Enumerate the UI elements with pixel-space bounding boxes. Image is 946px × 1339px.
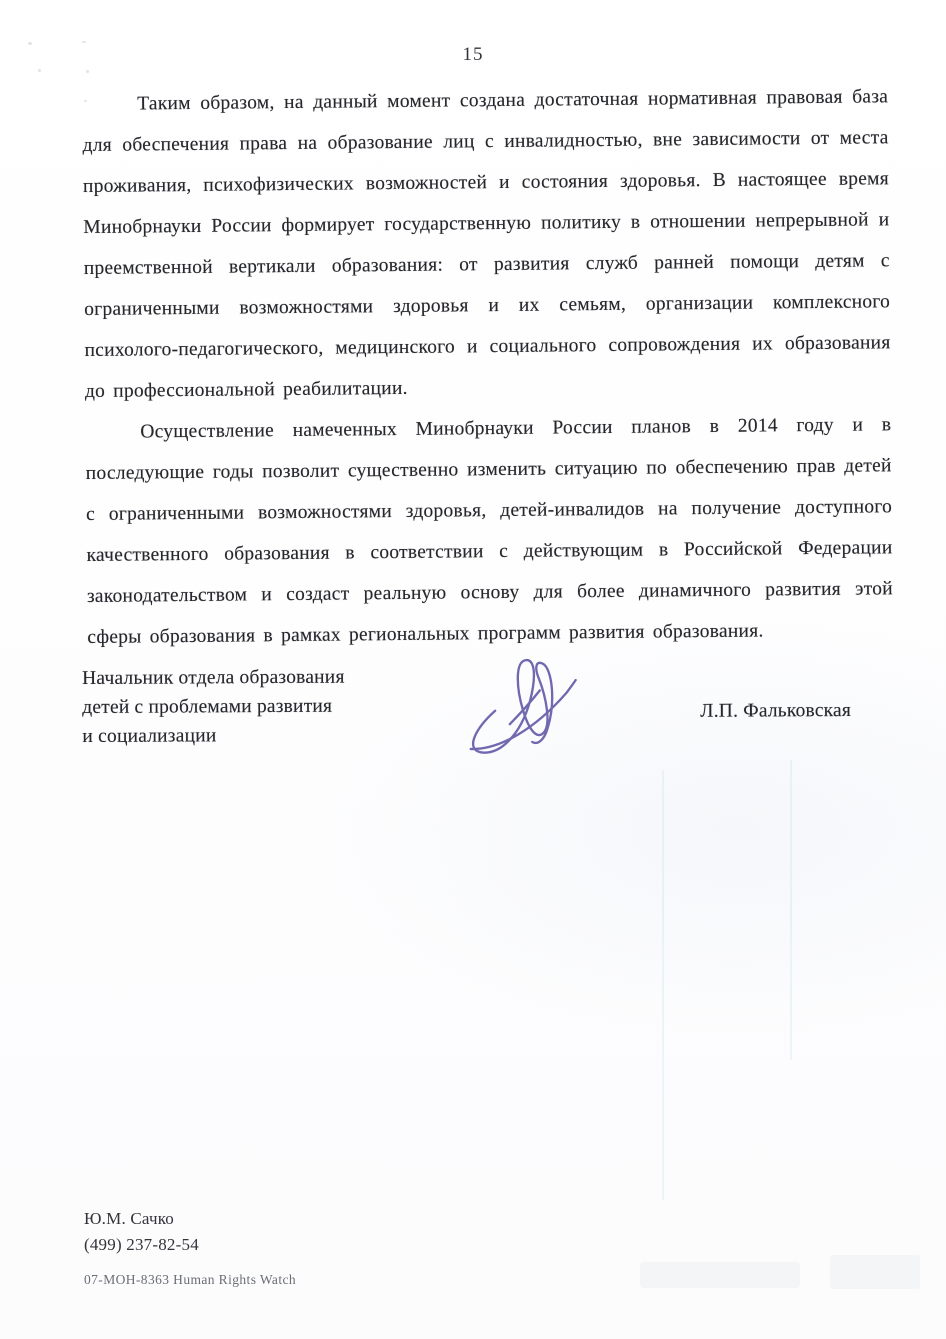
bates-stamp: 07-МОН-8363 Human Rights Watch <box>84 1272 296 1288</box>
signer-name: Л.П. Фальковская <box>700 700 890 723</box>
handwritten-signature-icon <box>454 645 595 758</box>
scan-noise-dot <box>86 70 89 73</box>
paragraph-2: Осуществление намеченных Минобрнауки Рос… <box>85 404 893 658</box>
contact-block: Ю.М. Сачко (499) 237-82-54 <box>84 1206 199 1258</box>
signature-block: Начальник отдела образования детей с про… <box>82 656 889 770</box>
scan-noise-streak <box>790 760 792 1060</box>
document-body: Таким образом, на данный момент создана … <box>82 76 893 658</box>
scan-noise-patch <box>830 1255 920 1289</box>
contact-name: Ю.М. Сачко <box>84 1206 199 1232</box>
signer-position: Начальник отдела образования детей с про… <box>82 662 412 751</box>
scan-noise-streak <box>662 770 664 1200</box>
signer-position-line-2: детей с проблемами развития <box>82 691 412 722</box>
scan-noise-patch <box>640 1262 800 1288</box>
signer-position-line-3: и социализации <box>82 720 412 751</box>
paragraph-1: Таким образом, на данный момент создана … <box>82 76 891 412</box>
scan-noise-dot <box>38 69 41 72</box>
scanned-document-page: 15 Таким образом, на данный момент созда… <box>0 0 946 1339</box>
contact-phone: (499) 237-82-54 <box>84 1232 199 1258</box>
page-number: 15 <box>0 44 946 66</box>
signer-position-line-1: Начальник отдела образования <box>82 662 412 693</box>
scan-noise-dot <box>82 41 86 43</box>
